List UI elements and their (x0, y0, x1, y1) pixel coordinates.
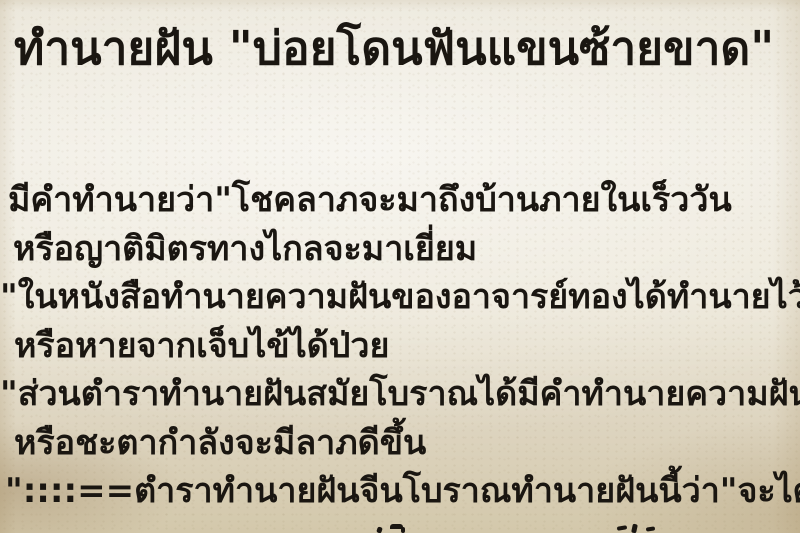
diacritic-top-mark (390, 524, 403, 529)
interpretation-line: "::::==ตำราทำนายฝันจีนโบราณทำนายฝันนี้ว่… (0, 467, 800, 516)
interpretation-line: หรือชะตากำลังจะมีลาภดีขึ้น (0, 419, 800, 468)
interpretation-line: หรือหายจากเจ็บไข้ได้ป่วย (0, 322, 800, 371)
diacritic-top-mark (401, 527, 405, 533)
interpretation-line: หรือญาติมิตรทางไกลจะมาเยี่ยม (0, 225, 800, 274)
dream-interpretation-card: ทำนายฝัน "บ่อยโดนฟันแขนซ้ายขาด" มีคำทำนา… (0, 0, 800, 533)
interpretation-line: มีคำทำนายว่า"โชคลาภจะมาถึงบ้านภายในเร็วว… (0, 176, 800, 225)
diacritic-top-mark (631, 524, 638, 533)
interpretation-text: มีคำทำนายว่า"โชคลาภจะมาถึงบ้านภายในเร็วว… (0, 176, 800, 516)
diacritic-top-mark (646, 526, 655, 531)
diacritic-top-mark (376, 526, 383, 533)
interpretation-line: "ในหนังสือทำนายความฝันของอาจารย์ทองได้ทำ… (0, 273, 800, 322)
page-title: ทำนายฝัน "บ่อยโดนฟันแขนซ้ายขาด" (14, 20, 800, 78)
diacritic-top-mark (617, 525, 628, 531)
interpretation-line: "ส่วนตำราทำนายฝันสมัยโบราณได้มีคำทำนายคว… (0, 370, 800, 419)
